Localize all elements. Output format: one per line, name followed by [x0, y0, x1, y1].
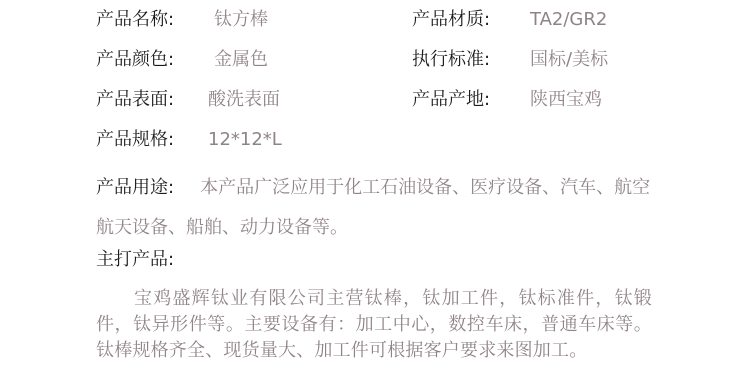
spec-label: 产品产地:: [412, 88, 490, 112]
usage-label: 产品用途:: [96, 177, 174, 198]
spec-value: 12*12*L: [208, 128, 282, 152]
usage-text: 本产品广泛应用于化工石油设备、医疗设备、汽车、航空航天设备、船舶、动力设备等。: [96, 177, 650, 238]
main-products-title: 主打产品:: [96, 248, 174, 272]
spec-value: 国标/美标: [530, 48, 608, 72]
main-products-paragraph: 宝鸡盛辉钛业有限公司主营钛棒，钛加工件，钛标准件，钛锻件，钛异形件等。主要设备有…: [96, 286, 652, 364]
spec-value: 钛方棒: [214, 8, 268, 32]
spec-value: 金属色: [214, 48, 268, 72]
spec-value: 陕西宝鸡: [530, 88, 602, 112]
product-usage: 产品用途:本产品广泛应用于化工石油设备、医疗设备、汽车、航空航天设备、船舶、动力…: [96, 168, 656, 248]
spec-label: 产品表面:: [96, 88, 174, 112]
spec-label: 产品名称:: [96, 8, 174, 32]
spec-value: TA2/GR2: [530, 8, 607, 32]
spec-label: 产品规格:: [96, 128, 174, 152]
spec-label: 产品颜色:: [96, 48, 174, 72]
spec-label: 产品材质:: [412, 8, 490, 32]
spec-value: 酸洗表面: [208, 88, 280, 112]
spec-label: 执行标准:: [412, 48, 490, 72]
